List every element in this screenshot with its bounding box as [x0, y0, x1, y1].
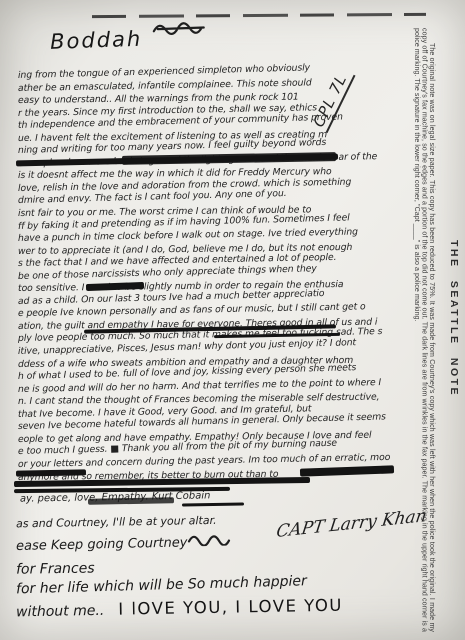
scribble-mark: [152, 19, 217, 39]
i-love-you-text: I lOVE YOU, I LOVE YOU: [118, 596, 343, 619]
note-body: ing from the tongue of an experienced si…: [18, 70, 390, 484]
note-salutation-row: Boddah: [50, 19, 217, 54]
torn-edge-line: [92, 13, 426, 18]
final-line: without me.. I lOVE YOU, I LOVE YOU: [16, 595, 400, 621]
note-salutation: Boddah: [50, 27, 143, 54]
without-me-text: without me..: [16, 603, 105, 621]
scanned-document: Boddah CPL 7L ing from the tongue of an …: [0, 0, 465, 640]
margin-paragraph: The original note was on legal size pape…: [413, 28, 436, 632]
keep-going-text: ease Keep going Courtney: [16, 535, 188, 554]
scribble-mark: [187, 532, 231, 547]
ink-strike: [182, 502, 244, 506]
ink-strike: [88, 497, 174, 505]
margin-annotation: THE SEATTLE NOTE The original note was o…: [413, 28, 461, 632]
ink-strike: [16, 469, 86, 476]
margin-title: THE SEATTLE NOTE: [448, 28, 460, 632]
